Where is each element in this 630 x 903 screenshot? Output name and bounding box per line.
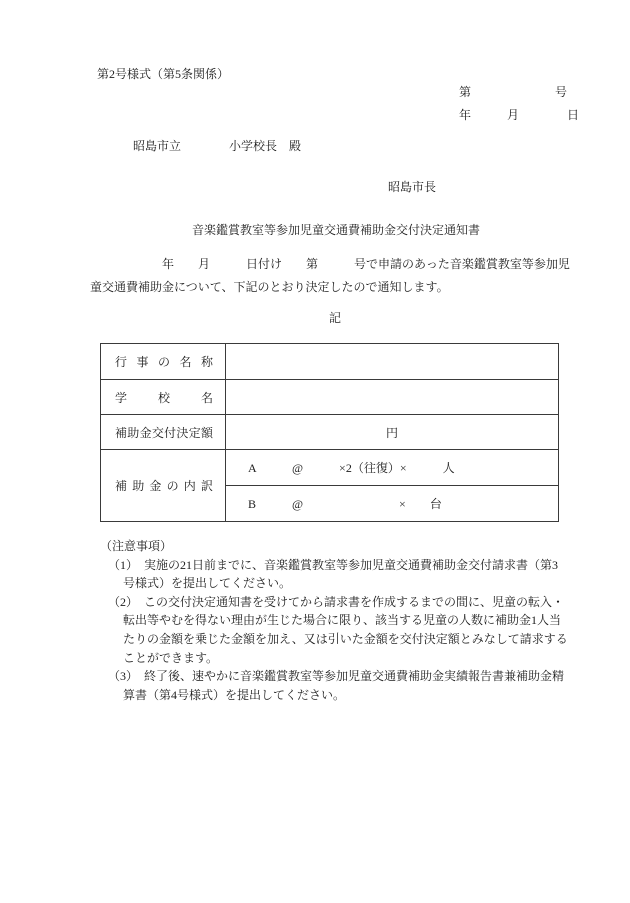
notes-heading: （注意事項） <box>0 537 630 556</box>
event-name-value <box>226 344 558 379</box>
note-2-line-4: ことができます。 <box>0 649 630 668</box>
ki-marker: 記 <box>329 310 341 326</box>
grant-amount-value: 円 <box>226 414 558 449</box>
document-page: 第2号様式（第5条関係） 第 号 年 月 日 昭島市立 小学校長 殿 昭島市長 … <box>0 0 630 903</box>
body-paragraph-line-2: 童交通費補助金について、下記のとおり決定したので通知します。 <box>90 279 449 295</box>
breakdown-a-value: A @ ×2（往復）× 人 <box>226 449 558 485</box>
row-label-grant-amount: 補助金交付決定額 <box>101 414 226 449</box>
school-name-value <box>226 379 558 414</box>
event-name-label: 行事の名称 <box>115 353 213 370</box>
note-2-line-3: たりの金額を乗じた金額を加え、又は引いた金額を交付決定額とみなして請求する <box>0 630 630 649</box>
addressee-line: 昭島市立 小学校長 殿 <box>133 138 301 154</box>
breakdown-b-value: B @ × 台 <box>226 485 558 521</box>
document-date-line: 年 月 日 <box>459 107 579 123</box>
note-2-line-2: 転出等やむを得ない理由が生じた場合に限り、該当する児童の人数に補助金1人当 <box>0 611 630 630</box>
body-paragraph-line-1: 年 月 日付け 第 号で申請のあった音楽鑑賞教室等参加児 <box>90 256 570 272</box>
note-2-line-1: （2） この交付決定通知書を受けてから請求書を作成するまでの間に、児童の転入・ <box>0 593 630 612</box>
note-1-line-2: 号様式）を提出してください。 <box>0 574 630 593</box>
row-label-school-name: 学校名 <box>101 379 226 414</box>
school-name-label: 学校名 <box>115 389 213 406</box>
row-label-grant-breakdown: 補助金の内訳 <box>101 449 226 521</box>
grant-amount-label: 補助金交付決定額 <box>115 424 213 441</box>
document-number-line: 第 号 <box>459 84 567 100</box>
notes-section: （注意事項） （1） 実施の21日前までに、音楽鑑賞教室等参加児童交通費補助金交… <box>0 537 630 704</box>
sender-mayor: 昭島市長 <box>388 179 436 195</box>
note-3-line-2: 算書（第4号様式）を提出してください。 <box>0 686 630 705</box>
row-label-event-name: 行事の名称 <box>101 344 226 379</box>
grant-breakdown-label: 補助金の内訳 <box>115 477 213 494</box>
document-title: 音楽鑑賞教室等参加児童交通費補助金交付決定通知書 <box>192 222 480 238</box>
grant-decision-table: 行事の名称 学校名 補助金交付決定額 円 補助金の内訳 A @ ×2（往復）× … <box>100 343 559 522</box>
note-1-line-1: （1） 実施の21日前までに、音楽鑑賞教室等参加児童交通費補助金交付請求書（第3 <box>0 556 630 575</box>
note-3-line-1: （3） 終了後、速やかに音楽鑑賞教室等参加児童交通費補助金実績報告書兼補助金精 <box>0 667 630 686</box>
form-number: 第2号様式（第5条関係） <box>97 66 229 82</box>
